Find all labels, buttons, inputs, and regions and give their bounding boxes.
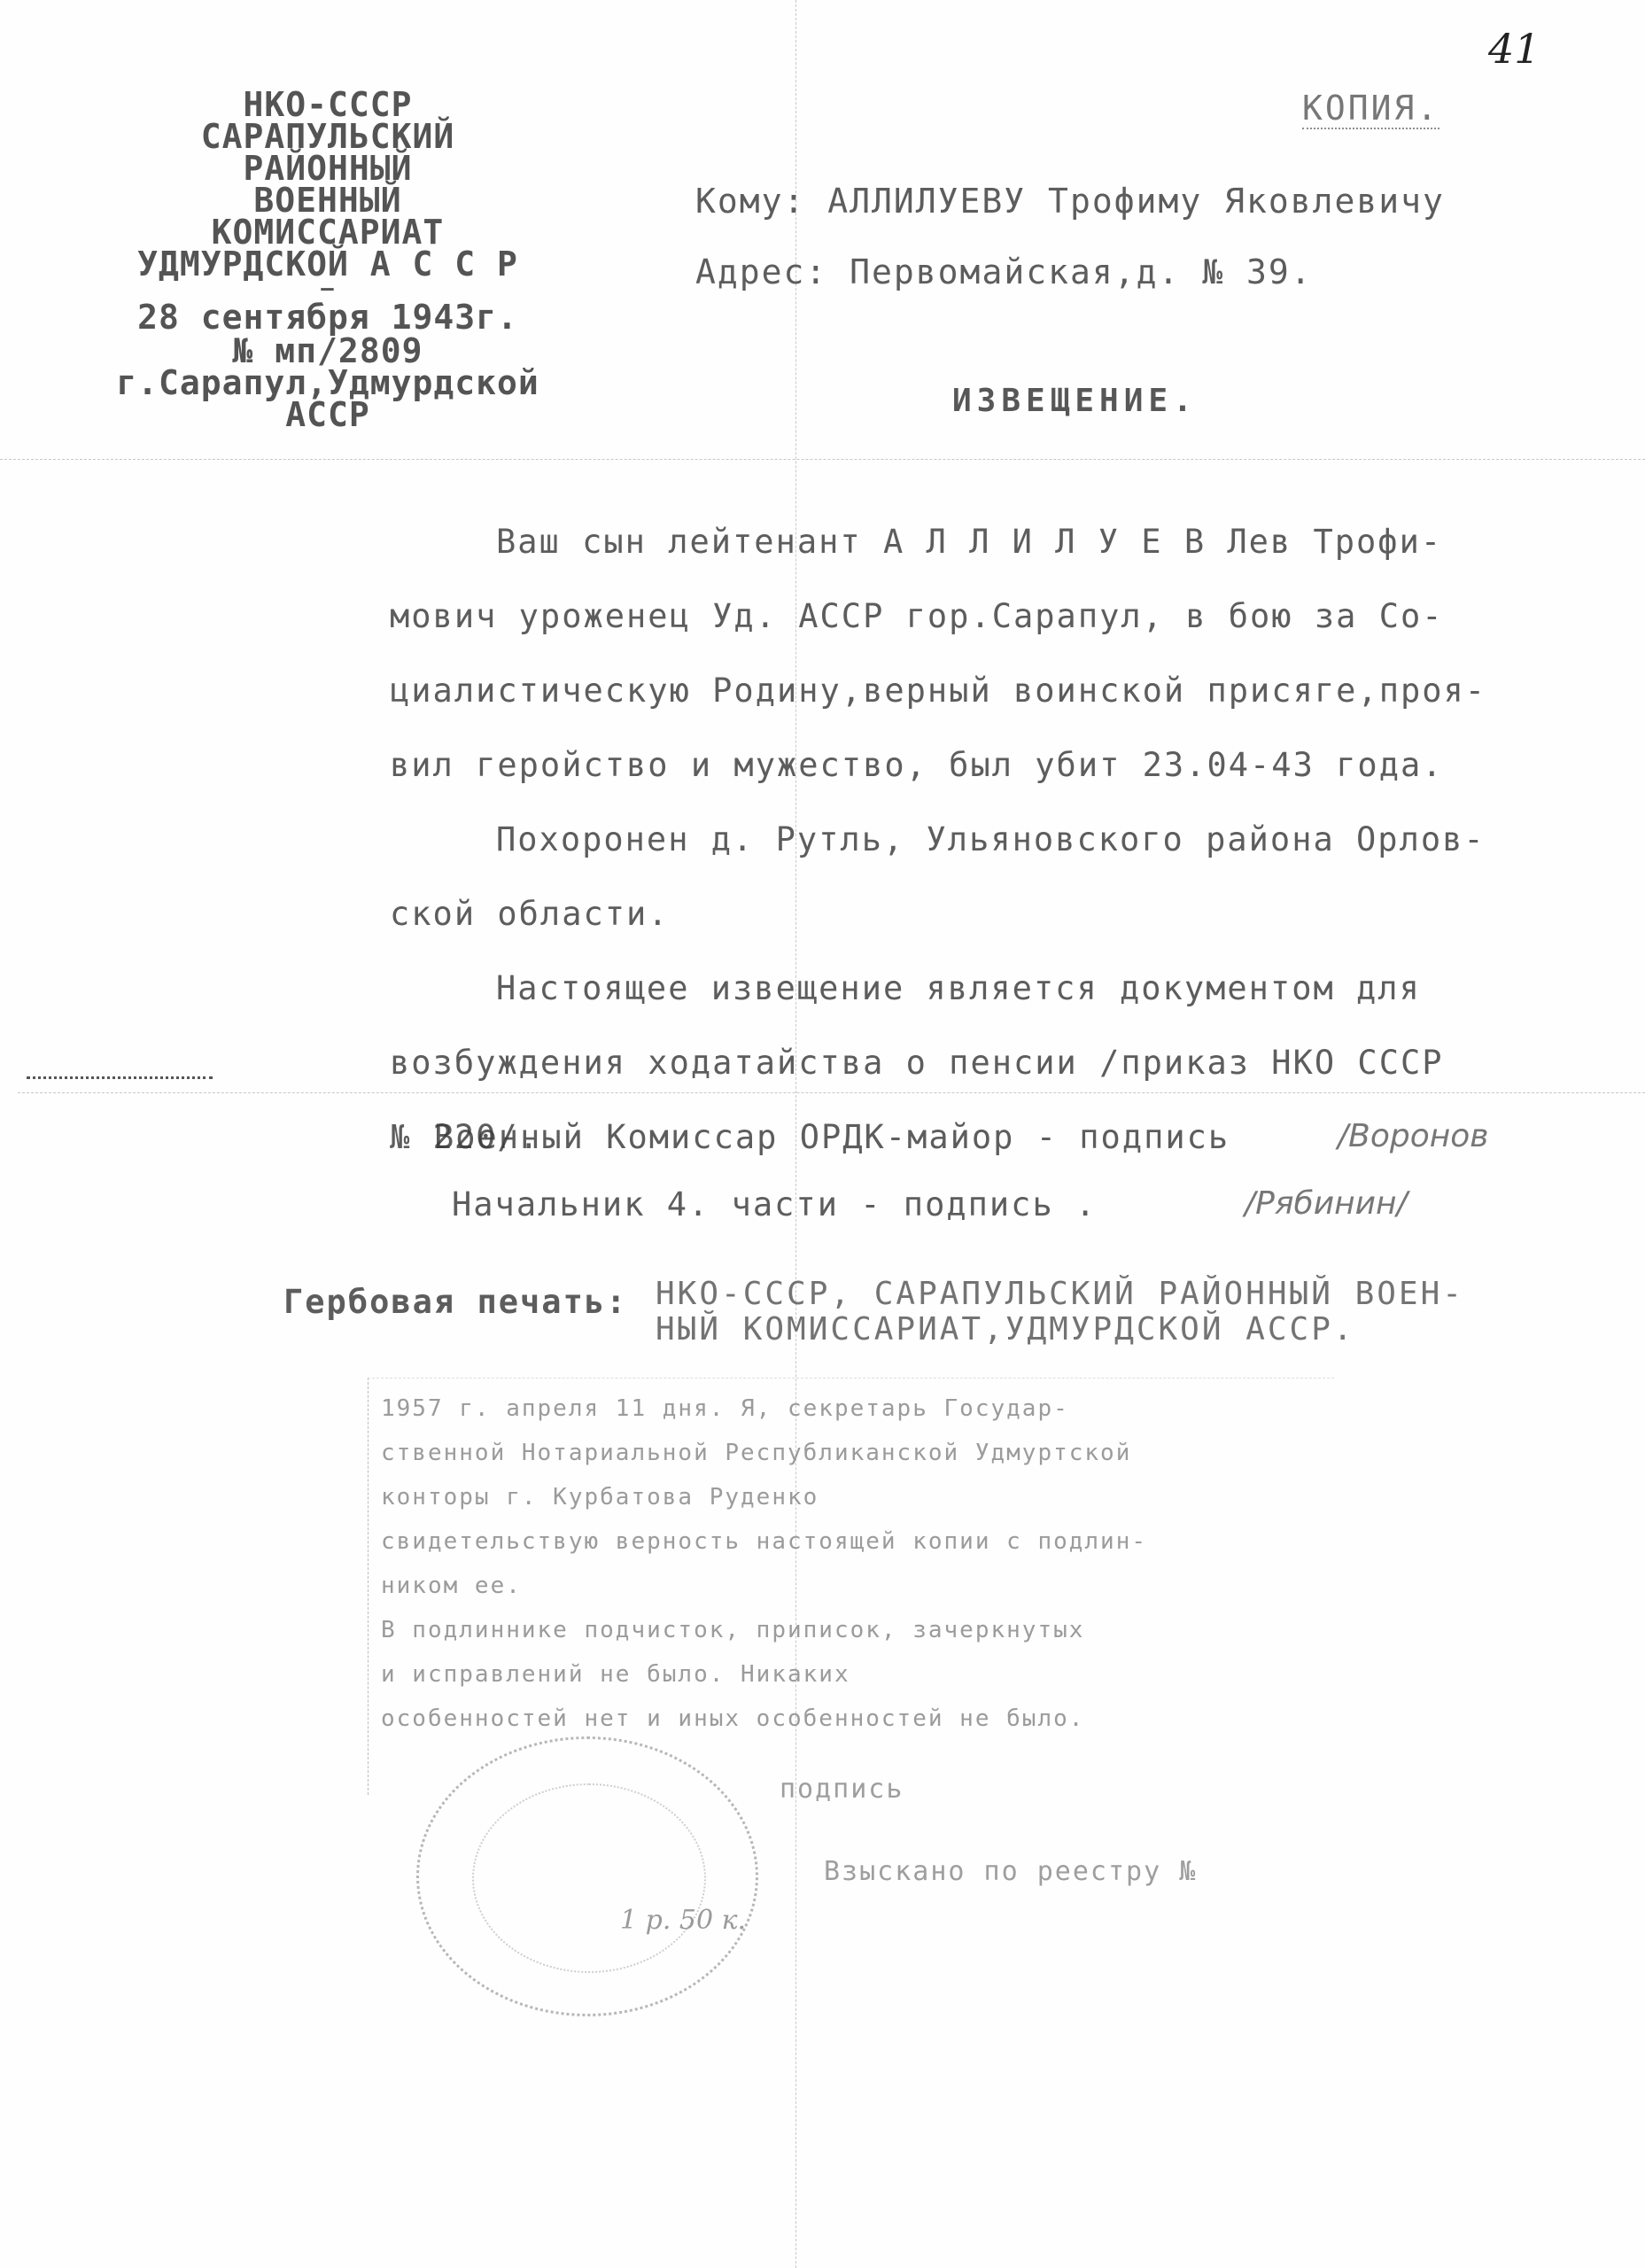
body-line: Ваш сын лейтенант А Л Л И Л У Е В Лев Тр…	[390, 505, 1479, 579]
document-number: № мп/2809	[97, 335, 558, 367]
registry-number: Взыскано по реестру №	[824, 1856, 1197, 1887]
signature-role: Военный Комиссар ОРДК-майор - подпись	[434, 1118, 1230, 1156]
margin-mark	[27, 1076, 213, 1079]
fee-mark: 1 р. 50 к.	[620, 1905, 746, 1936]
notice-body: Ваш сын лейтенант А Л Л И Л У Е В Лев Тр…	[390, 505, 1479, 1175]
body-line: возбуждения ходатайства о пенсии /приказ…	[390, 1026, 1479, 1100]
recipient-line: Кому: АЛЛИЛУЕВУ Трофиму Яковлевичу	[695, 182, 1445, 221]
body-line: вил геройство и мужество, был убит 23.04…	[390, 728, 1479, 803]
body-line: мович уроженец Уд. АССР гор.Сарапул, в б…	[390, 579, 1479, 654]
folio-number: 41	[1488, 25, 1540, 73]
signature-name: /Воронов	[1338, 1118, 1489, 1154]
recipient-address: Первомайская,д. № 39.	[850, 252, 1312, 291]
issuer-line: ВОЕННЫЙ	[97, 184, 558, 216]
signature-name: /Рябинин/	[1245, 1185, 1408, 1222]
cert-line: особенностей нет и иных особенностей не …	[381, 1697, 1338, 1741]
document-title: ИЗВЕЩЕНИЕ.	[952, 383, 1198, 419]
round-seal-inner	[472, 1783, 706, 1973]
cert-line: В подлиннике подчисток, приписок, зачерк…	[381, 1608, 1338, 1652]
body-line: ской области.	[390, 877, 1479, 951]
issuer-line: РАЙОННЫЙ	[97, 152, 558, 184]
address-label: Адрес:	[695, 252, 827, 291]
address-line: Адрес: Первомайская,д. № 39.	[695, 252, 1313, 291]
notary-signature-line: подпись	[780, 1774, 904, 1805]
cert-line: 1957 г. апреля 11 дня. Я, секретарь Госу…	[381, 1386, 1338, 1431]
issuer-line: НКО-СССР	[97, 89, 558, 120]
recipient-name: АЛЛИЛУЕВУ Трофиму Яковлевичу	[827, 182, 1445, 221]
body-line: Похоронен д. Рутль, Ульяновского района …	[390, 803, 1479, 877]
cert-line: ственной Нотариальной Республиканской Уд…	[381, 1431, 1338, 1475]
issuer-block: НКО-СССР САРАПУЛЬСКИЙ РАЙОННЫЙ ВОЕННЫЙ К…	[97, 89, 558, 431]
notary-certification: 1957 г. апреля 11 дня. Я, секретарь Госу…	[381, 1386, 1338, 1741]
issue-date: 28 сентября 1943г.	[97, 299, 558, 335]
issuer-line: КОМИССАРИАТ	[97, 216, 558, 248]
issue-place: г.Сарапул,Удмурдской	[97, 367, 558, 399]
fold-line	[0, 459, 1645, 461]
cert-line: свидетельствую верность настоящей копии …	[381, 1519, 1338, 1564]
round-seal-icon	[416, 1736, 758, 2016]
cert-line: конторы г. Курбатова Руденко	[381, 1475, 1338, 1519]
seal-text: НЫЙ КОМИССАРИАТ,УДМУРДСКОЙ АССР.	[656, 1311, 1355, 1348]
copy-mark: КОПИЯ.	[1302, 89, 1439, 129]
issue-place: АССР	[97, 399, 558, 431]
to-label: Кому:	[695, 182, 805, 221]
issuer-line: САРАПУЛЬСКИЙ	[97, 120, 558, 152]
cert-line: и исправлений не было. Никаких	[381, 1652, 1338, 1697]
body-line: Настоящее извещение является документом …	[390, 951, 1479, 1026]
seal-label: Гербовая печать:	[283, 1283, 627, 1321]
document-page: 41 КОПИЯ. НКО-СССР САРАПУЛЬСКИЙ РАЙОННЫЙ…	[0, 0, 1645, 2268]
seal-text: НКО-СССР, САРАПУЛЬСКИЙ РАЙОННЫЙ ВОЕН-	[656, 1276, 1464, 1312]
cert-line: ником ее.	[381, 1564, 1338, 1608]
signature-role: Начальник 4. части - подпись .	[452, 1185, 1097, 1223]
body-line: циалистическую Родину,верный воинской пр…	[390, 654, 1479, 728]
